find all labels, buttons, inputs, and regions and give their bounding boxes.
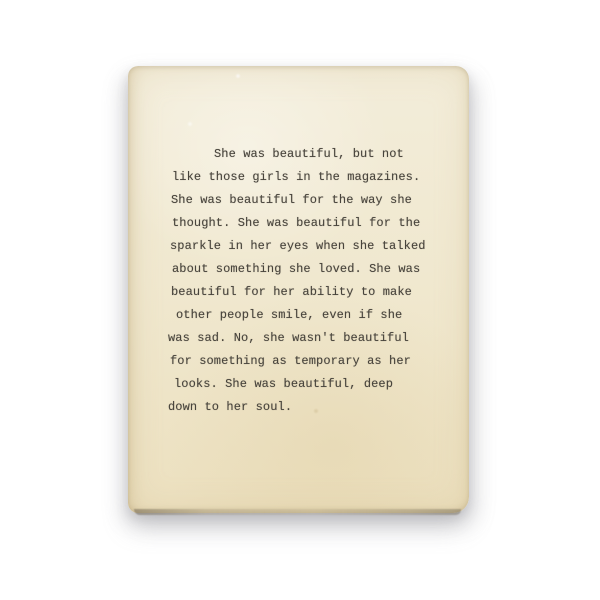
quote-line: She was beautiful, but not (214, 143, 432, 166)
quote-line: She was beautiful for the way she (171, 189, 432, 212)
quote-line: looks. She was beautiful, deep (174, 373, 432, 396)
quote-text: She was beautiful, but not like those gi… (170, 143, 432, 419)
quote-line: other people smile, even if she (176, 304, 432, 327)
quote-line: down to her soul. (168, 396, 432, 419)
quote-line: sparkle in her eyes when she talked (170, 235, 432, 258)
quote-line: was sad. No, she wasn't beautiful (168, 327, 432, 350)
quote-line: beautiful for her ability to make (171, 281, 432, 304)
photo-background: She was beautiful, but not like those gi… (0, 0, 600, 600)
quote-line: for something as temporary as her (170, 350, 432, 373)
quote-line: about something she loved. She was (172, 258, 432, 281)
page-stack-edge (134, 509, 461, 515)
notebook-cover: She was beautiful, but not like those gi… (128, 66, 469, 513)
quote-line: thought. She was beautiful for the (172, 212, 432, 235)
quote-line: like those girls in the magazines. (172, 166, 432, 189)
